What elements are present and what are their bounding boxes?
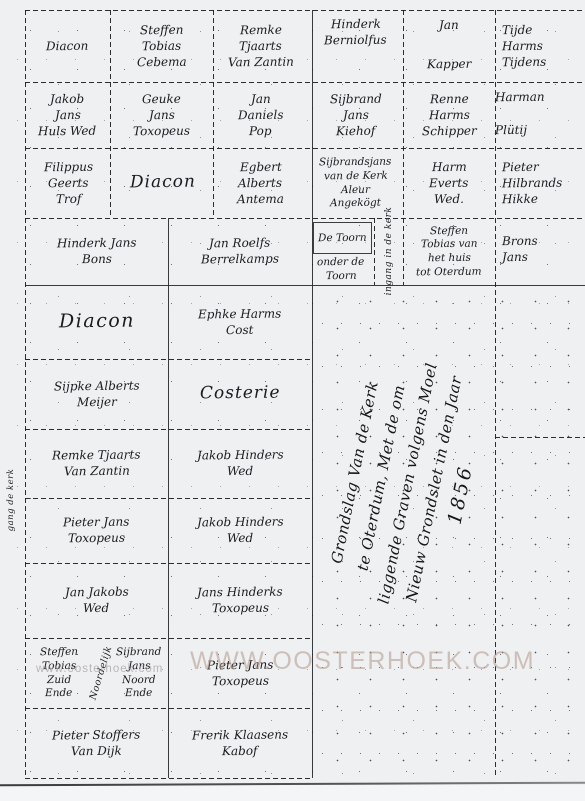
- name-line: Jans: [54, 107, 80, 122]
- pew-cell-r3c2: Diacon: [112, 148, 213, 218]
- pew-cell-r3c3: Egbert Alberts Antema: [213, 148, 308, 218]
- name-line: Egbert: [240, 159, 282, 174]
- pew-cell-r4c2: Jan Roelfs Berrelkamps: [168, 218, 312, 285]
- name-line: Harman: [495, 90, 545, 106]
- name-line: Kiehof: [336, 123, 375, 138]
- name-line: Plütij: [495, 123, 527, 138]
- pew-cell-r3c5: Harm Everts Wed.: [403, 148, 495, 218]
- name-line: Pieter Stoffers: [52, 727, 140, 743]
- pew-cell-r2c3: Jan Daniels Pop: [213, 82, 308, 148]
- pew-cell-r5a: Diacon: [25, 285, 168, 359]
- name-line: Jans Hinderks: [197, 585, 283, 601]
- tower-box: De Toorn: [313, 222, 372, 254]
- name-line: onder de: [317, 256, 364, 269]
- name-line: Wed: [227, 464, 253, 479]
- name-line: Filippus: [44, 159, 93, 175]
- plan-title: Grondslag Van de Kerk te Oterdum, Met de…: [307, 303, 510, 664]
- pew-cell-r11b: Frerik Klaasens Kabof: [168, 708, 312, 778]
- pew-cell-r8a: Pieter Jans Toxopeus: [25, 498, 168, 563]
- tower-under-note: onder de Toorn: [308, 253, 374, 285]
- name-line: Jan: [439, 18, 459, 33]
- name-line: Tobias van: [421, 238, 478, 251]
- church-entrance-note: ingang in de kerk: [384, 207, 394, 296]
- name-line: Diacon: [58, 310, 134, 335]
- margin-note: gang de kerk: [6, 469, 16, 532]
- pew-cell-r6b: Costerie: [168, 359, 312, 429]
- name-line: Berrelkamps: [201, 252, 279, 268]
- grid-line: [374, 218, 375, 285]
- name-line: Jans: [148, 107, 174, 122]
- name-line: Jan Roelfs: [209, 236, 270, 252]
- pew-cell-r9a: Jan Jakobs Wed: [25, 563, 168, 638]
- name-line: Cebema: [137, 54, 187, 70]
- name-line: Sijbrandsjans: [319, 156, 391, 169]
- name-line: Sijpke Alberts: [54, 378, 140, 394]
- name-line: Remke: [239, 22, 281, 37]
- name-line: Renne: [430, 91, 469, 106]
- pew-cell-r1c3: Remke Tjaarts Van Zantin: [213, 10, 308, 82]
- name-line: van de Kerk: [324, 170, 388, 183]
- name-line: Van Zantin: [227, 54, 293, 70]
- name-line: Zuid: [47, 673, 71, 686]
- pew-cell-r3c1: Filippus Geerts Trof: [25, 148, 112, 218]
- name-line: Bons: [81, 252, 111, 267]
- name-line: tot Oterdum: [416, 265, 482, 278]
- pew-cell-r2c1: Jakob Jans Huls Wed: [25, 82, 110, 148]
- grid-line: [495, 437, 585, 438]
- name-line: Harm: [432, 159, 467, 174]
- pew-cell-r1c2: Steffen Tobias Cebema: [110, 10, 213, 82]
- name-line: Pieter: [502, 159, 539, 174]
- pew-cell-r1c6: Tijde Harms Tijdens: [495, 10, 585, 82]
- name-line: Angekögt: [330, 197, 381, 210]
- name-line: Schipper: [422, 123, 477, 139]
- name-line: Harms: [428, 107, 469, 122]
- name-line: Meijer: [77, 394, 117, 409]
- name-line: Daniels: [238, 107, 284, 122]
- name-line: Kapper: [427, 57, 471, 72]
- pew-cell-r1c5: Jan Kapper: [403, 10, 495, 82]
- pew-cell-r7b: Jakob Hinders Wed: [168, 429, 312, 498]
- name-line: Toxopeus: [211, 601, 268, 617]
- name-line: Sijbrand: [330, 91, 382, 107]
- pew-cell-r9b: Jans Hinderks Toxopeus: [168, 563, 312, 638]
- name-line: Harms: [502, 38, 543, 53]
- name-line: Kabof: [222, 743, 258, 758]
- name-line: Remke Tjaarts: [52, 448, 141, 464]
- name-line: Antema: [237, 191, 284, 206]
- name-line: Diacon: [46, 38, 88, 53]
- pew-cell-r11a: Pieter Stoffers Van Dijk: [25, 708, 168, 778]
- pew-cell-r7a: Remke Tjaarts Van Zantin: [25, 429, 168, 498]
- name-line: Jakob: [50, 91, 84, 106]
- pew-cell-r4c5: Steffen Tobias van het huis tot Oterdum: [403, 218, 495, 285]
- name-line: Hikke: [502, 191, 538, 206]
- name-line: Jans: [342, 107, 368, 122]
- name-line: Wed.: [434, 191, 464, 206]
- name-line: Ephke Harms: [198, 306, 281, 322]
- name-line: Cost: [226, 322, 254, 337]
- tower-label: De Toorn: [318, 232, 367, 245]
- name-line: Ende: [45, 687, 73, 700]
- name-line: Tjaarts: [239, 38, 282, 53]
- name-line: Jakob Hinders: [197, 448, 284, 464]
- pew-cell-r3c6: Pieter Hilbrands Hikke: [495, 148, 585, 218]
- name-line: Alberts: [238, 175, 282, 190]
- pew-cell-r8b: Jakob Hinders Wed: [168, 498, 312, 563]
- name-line: Steffen: [430, 225, 468, 238]
- name-line: Diacon: [129, 172, 195, 194]
- name-line: Geerts: [48, 175, 89, 190]
- pew-cell-r6a: Sijpke Alberts Meijer: [25, 359, 168, 429]
- name-line: Steffen: [140, 22, 184, 37]
- name-line: Jakob Hinders: [197, 515, 284, 531]
- name-line: Wed: [83, 601, 109, 616]
- pew-cell-r2c4: Sijbrand Jans Kiehof: [308, 82, 403, 148]
- pew-cell-r2c5: Renne Harms Schipper: [403, 82, 495, 148]
- name-line: Geuke: [142, 91, 181, 106]
- watermark-large: WWW.OOSTERHOEK.COM: [190, 647, 535, 676]
- name-line: Berniolfus: [324, 33, 387, 49]
- name-line: Toorn: [326, 269, 357, 282]
- name-line: Hilbrands: [502, 175, 562, 191]
- name-line: Van Dijk: [71, 743, 122, 759]
- name-line: Tijde: [502, 22, 533, 37]
- name-line: Jans: [502, 249, 528, 264]
- watermark-small: www.oosterhoek.com: [36, 663, 163, 675]
- pew-cell-r2c2: Geuke Jans Toxopeus: [110, 82, 213, 148]
- pew-cell-r1c4: Hinderk Berniolfus: [308, 10, 403, 82]
- name-line: Brons: [502, 233, 538, 248]
- pew-cell-r4c1: Hinderk Jans Bons: [25, 218, 168, 285]
- name-line: het huis: [428, 252, 471, 265]
- name-line: Jan: [251, 91, 271, 106]
- name-line: Ende: [125, 687, 153, 700]
- pew-cell-r5b: Ephke Harms Cost: [168, 285, 312, 359]
- name-line: Noord: [122, 673, 156, 686]
- name-line: Frerik Klaasens: [192, 727, 288, 743]
- name-line: Huls Wed: [38, 123, 96, 139]
- pew-cell-r2c6: Harman Plütij: [495, 82, 585, 148]
- name-line: Pop: [249, 123, 272, 138]
- name-line: Everts: [429, 175, 469, 190]
- pew-cell-r4c6: Brons Jans: [495, 218, 585, 280]
- name-line: Toxopeus: [68, 531, 125, 547]
- name-line: Tijdens: [502, 54, 546, 69]
- name-line: Hinderk: [331, 17, 381, 33]
- grid-line: [25, 778, 312, 779]
- pew-cell-r1c1: Diacon: [25, 10, 110, 82]
- name-line: Pieter Jans: [63, 515, 129, 531]
- name-line: Wed: [227, 531, 253, 546]
- name-line: Tobias: [142, 38, 181, 53]
- scanned-church-floorplan: Diacon Steffen Tobias Cebema Remke Tjaar…: [0, 0, 585, 801]
- name-line: Toxopeus: [133, 123, 190, 139]
- name-line: Steffen: [40, 646, 78, 659]
- name-line: Jan Jakobs: [65, 585, 129, 601]
- name-line: Costerie: [200, 383, 281, 405]
- scan-margin-bottom: [0, 785, 585, 801]
- name-line: Sijbrand: [116, 646, 161, 659]
- name-line: Hinderk Jans: [57, 236, 137, 252]
- name-line: Trof: [56, 191, 82, 206]
- name-line: Van Zantin: [63, 464, 129, 480]
- name-line: Aleur: [341, 183, 370, 196]
